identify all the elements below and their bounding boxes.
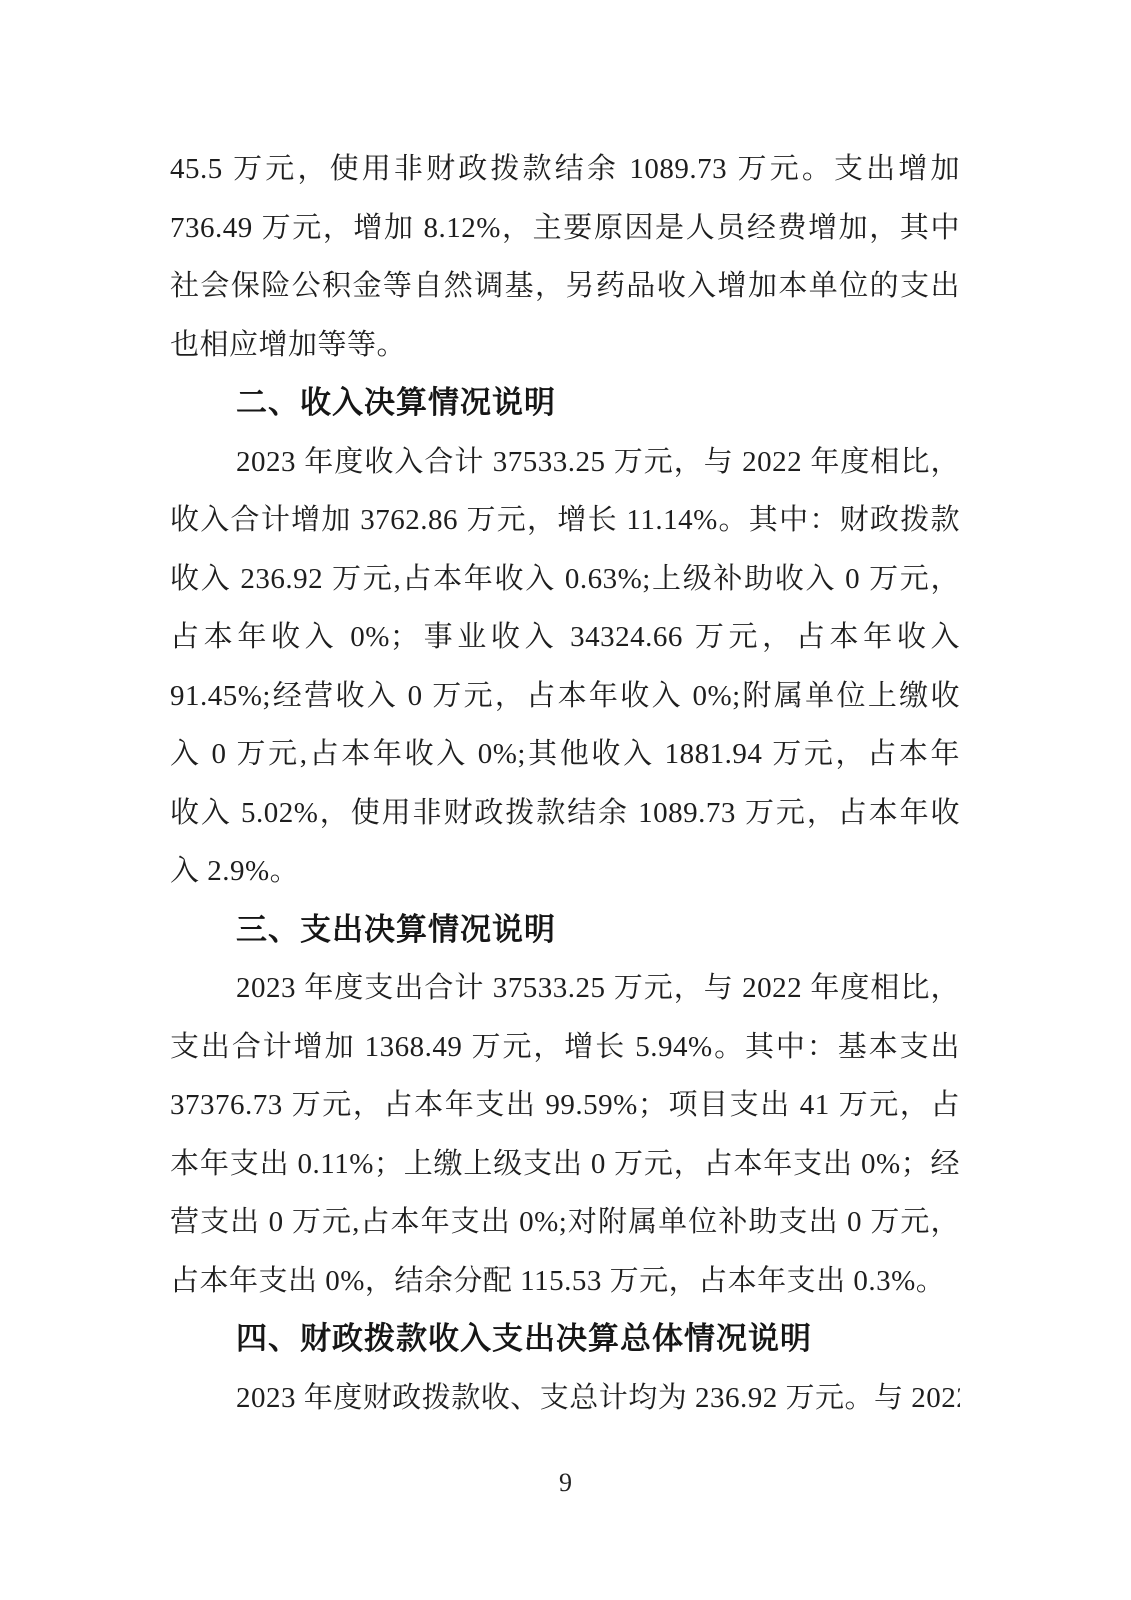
text-line: 支出合计增加 1368.49 万元，增长 5.94%。其中：基本支出 (170, 1018, 960, 1077)
text-line: 736.49 万元，增加 8.12%，主要原因是人员经费增加，其中 (170, 199, 960, 258)
text-line: 社会保险公积金等自然调基，另药品收入增加本单位的支出 (170, 257, 960, 316)
text-line: 本年支出 0.11%；上缴上级支出 0 万元，占本年支出 0%；经 (170, 1135, 960, 1194)
text-line: 91.45%;经营收入 0 万元，占本年收入 0%;附属单位上缴收 (170, 667, 960, 726)
text-line: 2023 年度收入合计 37533.25 万元，与 2022 年度相比， (170, 433, 960, 492)
document-body: 45.5 万元，使用非财政拨款结余 1089.73 万元。支出增加 736.49… (170, 140, 960, 1427)
text-line: 45.5 万元，使用非财政拨款结余 1089.73 万元。支出增加 (170, 140, 960, 199)
text-line: 收入合计增加 3762.86 万元，增长 11.14%。其中：财政拨款 (170, 491, 960, 550)
text-line: 也相应增加等等。 (170, 316, 960, 375)
section-heading: 四、财政拨款收入支出决算总体情况说明 (170, 1310, 960, 1369)
text-line: 占本年支出 0%，结余分配 115.53 万元，占本年支出 0.3%。 (170, 1252, 960, 1311)
text-line: 收入 236.92 万元,占本年收入 0.63%;上级补助收入 0 万元， (170, 550, 960, 609)
text-line: 收入 5.02%，使用非财政拨款结余 1089.73 万元，占本年收 (170, 784, 960, 843)
text-line: 37376.73 万元，占本年支出 99.59%；项目支出 41 万元，占 (170, 1076, 960, 1135)
text-line: 入 2.9%。 (170, 842, 960, 901)
section-heading: 二、收入决算情况说明 (170, 374, 960, 433)
text-line: 2023 年度支出合计 37533.25 万元，与 2022 年度相比， (170, 959, 960, 1018)
text-line: 占本年收入 0%；事业收入 34324.66 万元，占本年收入 (170, 608, 960, 667)
text-line: 2023 年度财政拨款收、支总计均为 236.92 万元。与 2022 (170, 1369, 960, 1428)
section-heading: 三、支出决算情况说明 (170, 901, 960, 960)
text-line: 入 0 万元,占本年收入 0%;其他收入 1881.94 万元，占本年 (170, 725, 960, 784)
document-page: 45.5 万元，使用非财政拨款结余 1089.73 万元。支出增加 736.49… (0, 0, 1131, 1600)
page-number: 9 (0, 1468, 1131, 1498)
text-line: 营支出 0 万元,占本年支出 0%;对附属单位补助支出 0 万元， (170, 1193, 960, 1252)
